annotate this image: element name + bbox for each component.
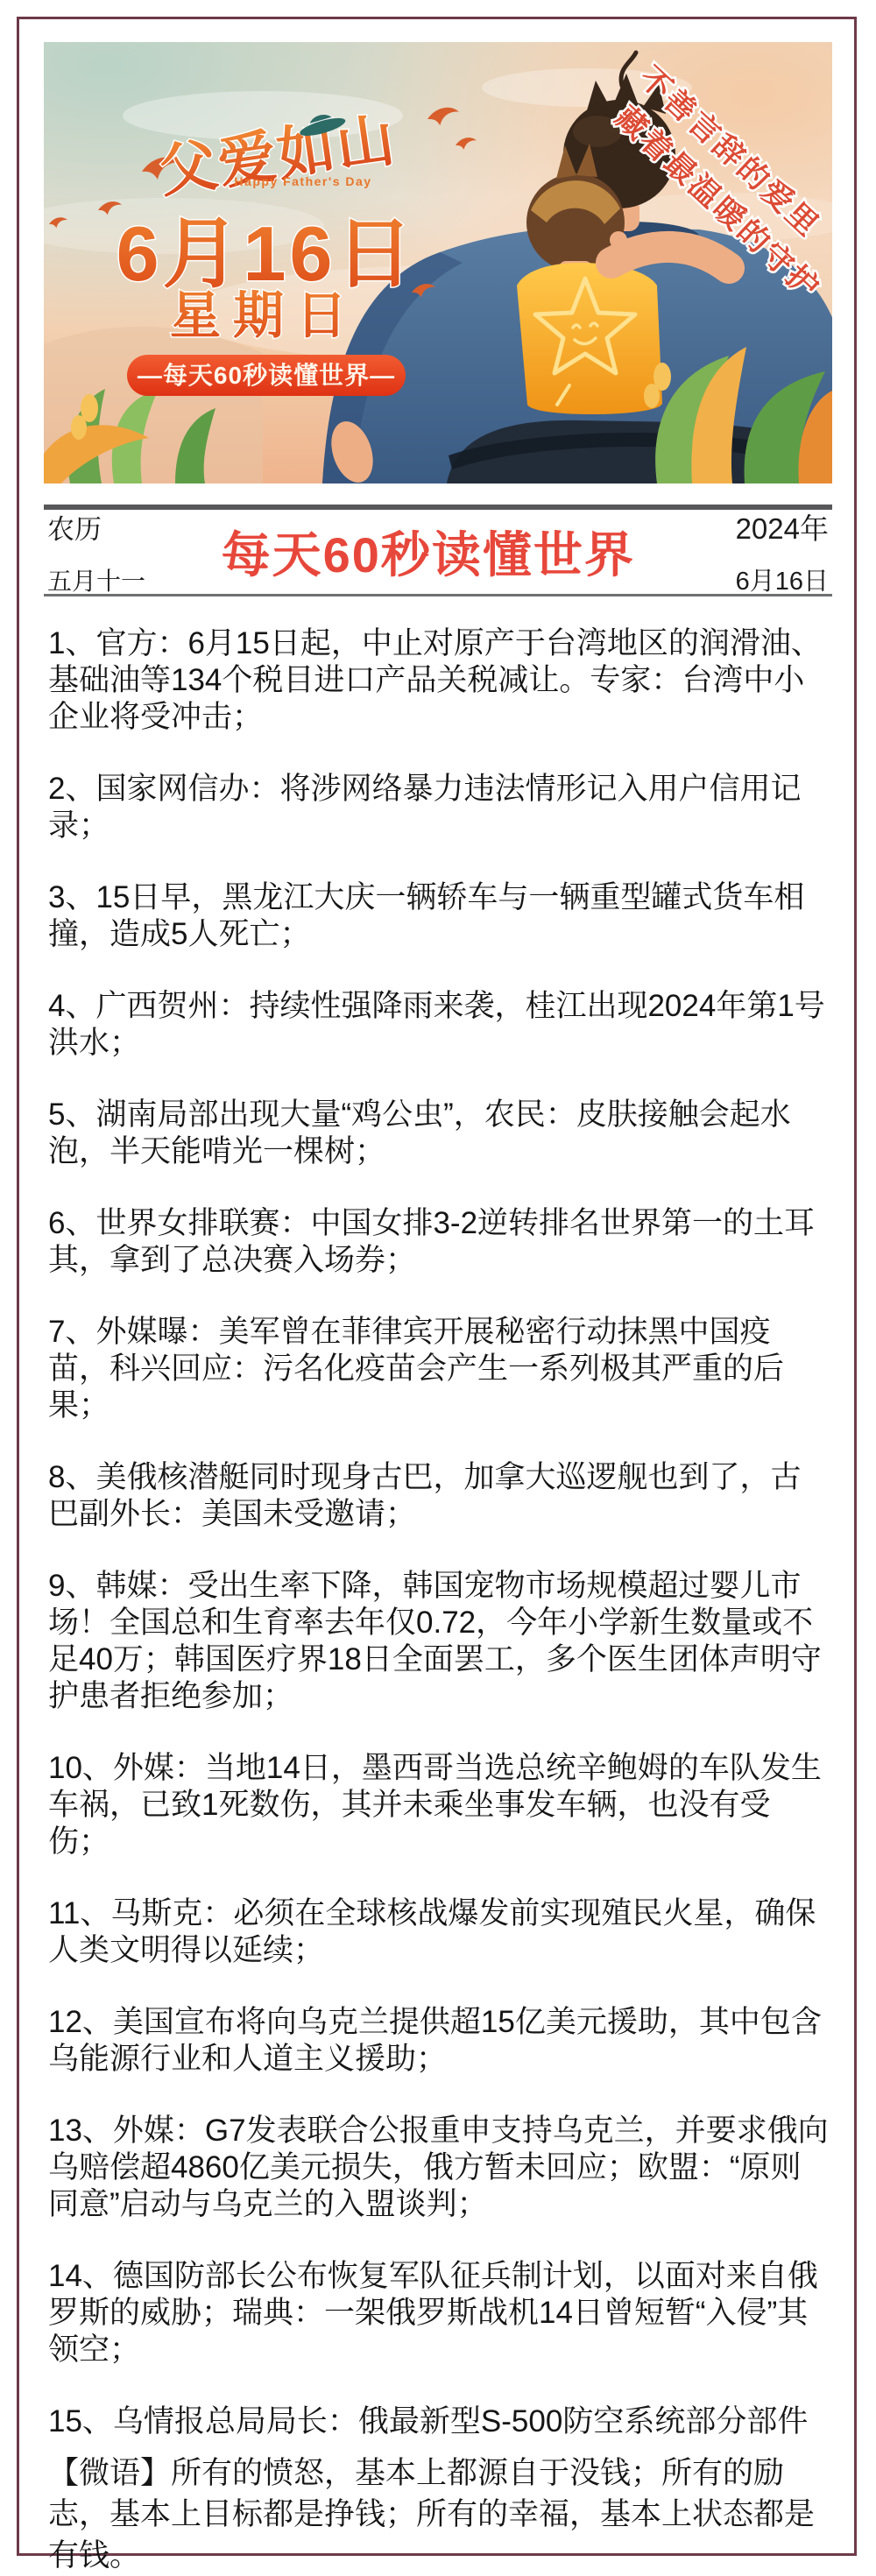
news-item: 4、广西贺州：持续性强降雨来袭，桂江出现2024年第1号洪水；	[48, 988, 830, 1062]
date-header: 农历 五月十一 每天60秒读懂世界 2024年 6月16日	[44, 505, 832, 596]
ribbon-button: —每天60秒读懂世界—	[127, 355, 406, 396]
logo-subtitle: Happy Father's Day	[234, 174, 371, 188]
news-item: 7、外媒曝：美军曾在菲律宾开展秘密行动抹黑中国疫苗，科兴回应：污名化疫苗会产生一…	[48, 1314, 830, 1424]
news-item: 8、美俄核潜艇同时现身古巴，加拿大巡逻舰也到了，古巴副外长：美国未受邀请；	[48, 1459, 830, 1533]
news-item: 5、湖南局部出现大量“鸡公虫”，农民：皮肤接触会起水泡，半天能啃光一棵树；	[48, 1097, 830, 1170]
news-item: 14、德国防部长公布恢复军队征兵制计划，以面对来自俄罗斯的威胁；瑞典：一架俄罗斯…	[48, 2258, 830, 2368]
weiyu-quote: 【微语】所有的愤怒，基本上都源自于没钱；所有的励志，基本上目标都是挣钱；所有的幸…	[48, 2452, 830, 2576]
divider-bottom	[44, 594, 832, 596]
banner-illustration: 父爱如山 Happy Father's Day 6月16日 星期日 —每天60秒…	[44, 42, 832, 483]
lunar-label: 农历	[47, 507, 145, 547]
gregorian-block: 2024年 6月16日	[736, 506, 829, 597]
news-item: 13、外媒：G7发表联合公报重申支持乌克兰，并要求俄向乌赔偿超4860亿美元损失…	[48, 2113, 830, 2223]
news-item: 9、韩媒：受出生率下降，韩国宠物市场规模超过婴儿市场！全国总和生育率去年仅0.7…	[48, 1568, 830, 1715]
news-item: 2、国家网信办：将涉网络暴力违法情形记入用户信用记录；	[48, 771, 830, 844]
banner-date: 6月16日	[117, 210, 417, 297]
lunar-date: 五月十一	[47, 562, 145, 597]
news-item: 12、美国宣布将向乌克兰提供超15亿美元援助，其中包含乌能源行业和人道主义援助；	[48, 2004, 830, 2078]
news-item: 10、外媒：当地14日，墨西哥当选总统辛鲍姆的车队发生车祸，已致1死数伤，其并未…	[48, 1750, 830, 1860]
news-item: 6、世界女排联赛：中国女排3-2逆转排名世界第一的土耳其，拿到了总决赛入场券；	[48, 1205, 830, 1279]
year-label: 2024年	[736, 506, 829, 547]
news-item: 15、乌情报总局局长：俄最新型S-500防空系统部分部件已运抵克里米亚；	[48, 2403, 830, 2438]
fathers-day-banner: 父爱如山 Happy Father's Day 6月16日 星期日 —每天60秒…	[44, 42, 832, 483]
news-item: 1、官方：6月15日起，中止对原产于台湾地区的润滑油、基础油等134个税目进口产…	[48, 625, 830, 736]
banner-weekday: 星期日	[170, 287, 359, 344]
news-item: 11、马斯克：必须在全球核战爆发前实现殖民火星，确保人类文明得以延续；	[48, 1895, 830, 1969]
lunar-block: 农历 五月十一	[47, 507, 145, 597]
ribbon-label: —每天60秒读懂世界—	[138, 361, 395, 389]
child-shirt	[517, 263, 662, 414]
news-list: 1、官方：6月15日起，中止对原产于台湾地区的润滑油、基础油等134个税目进口产…	[48, 625, 830, 2438]
news-item: 3、15日早，黑龙江大庆一辆轿车与一辆重型罐式货车相撞，造成5人死亡；	[48, 879, 830, 953]
page-title: 每天60秒读懂世界	[222, 517, 635, 587]
date-label: 6月16日	[736, 561, 829, 597]
